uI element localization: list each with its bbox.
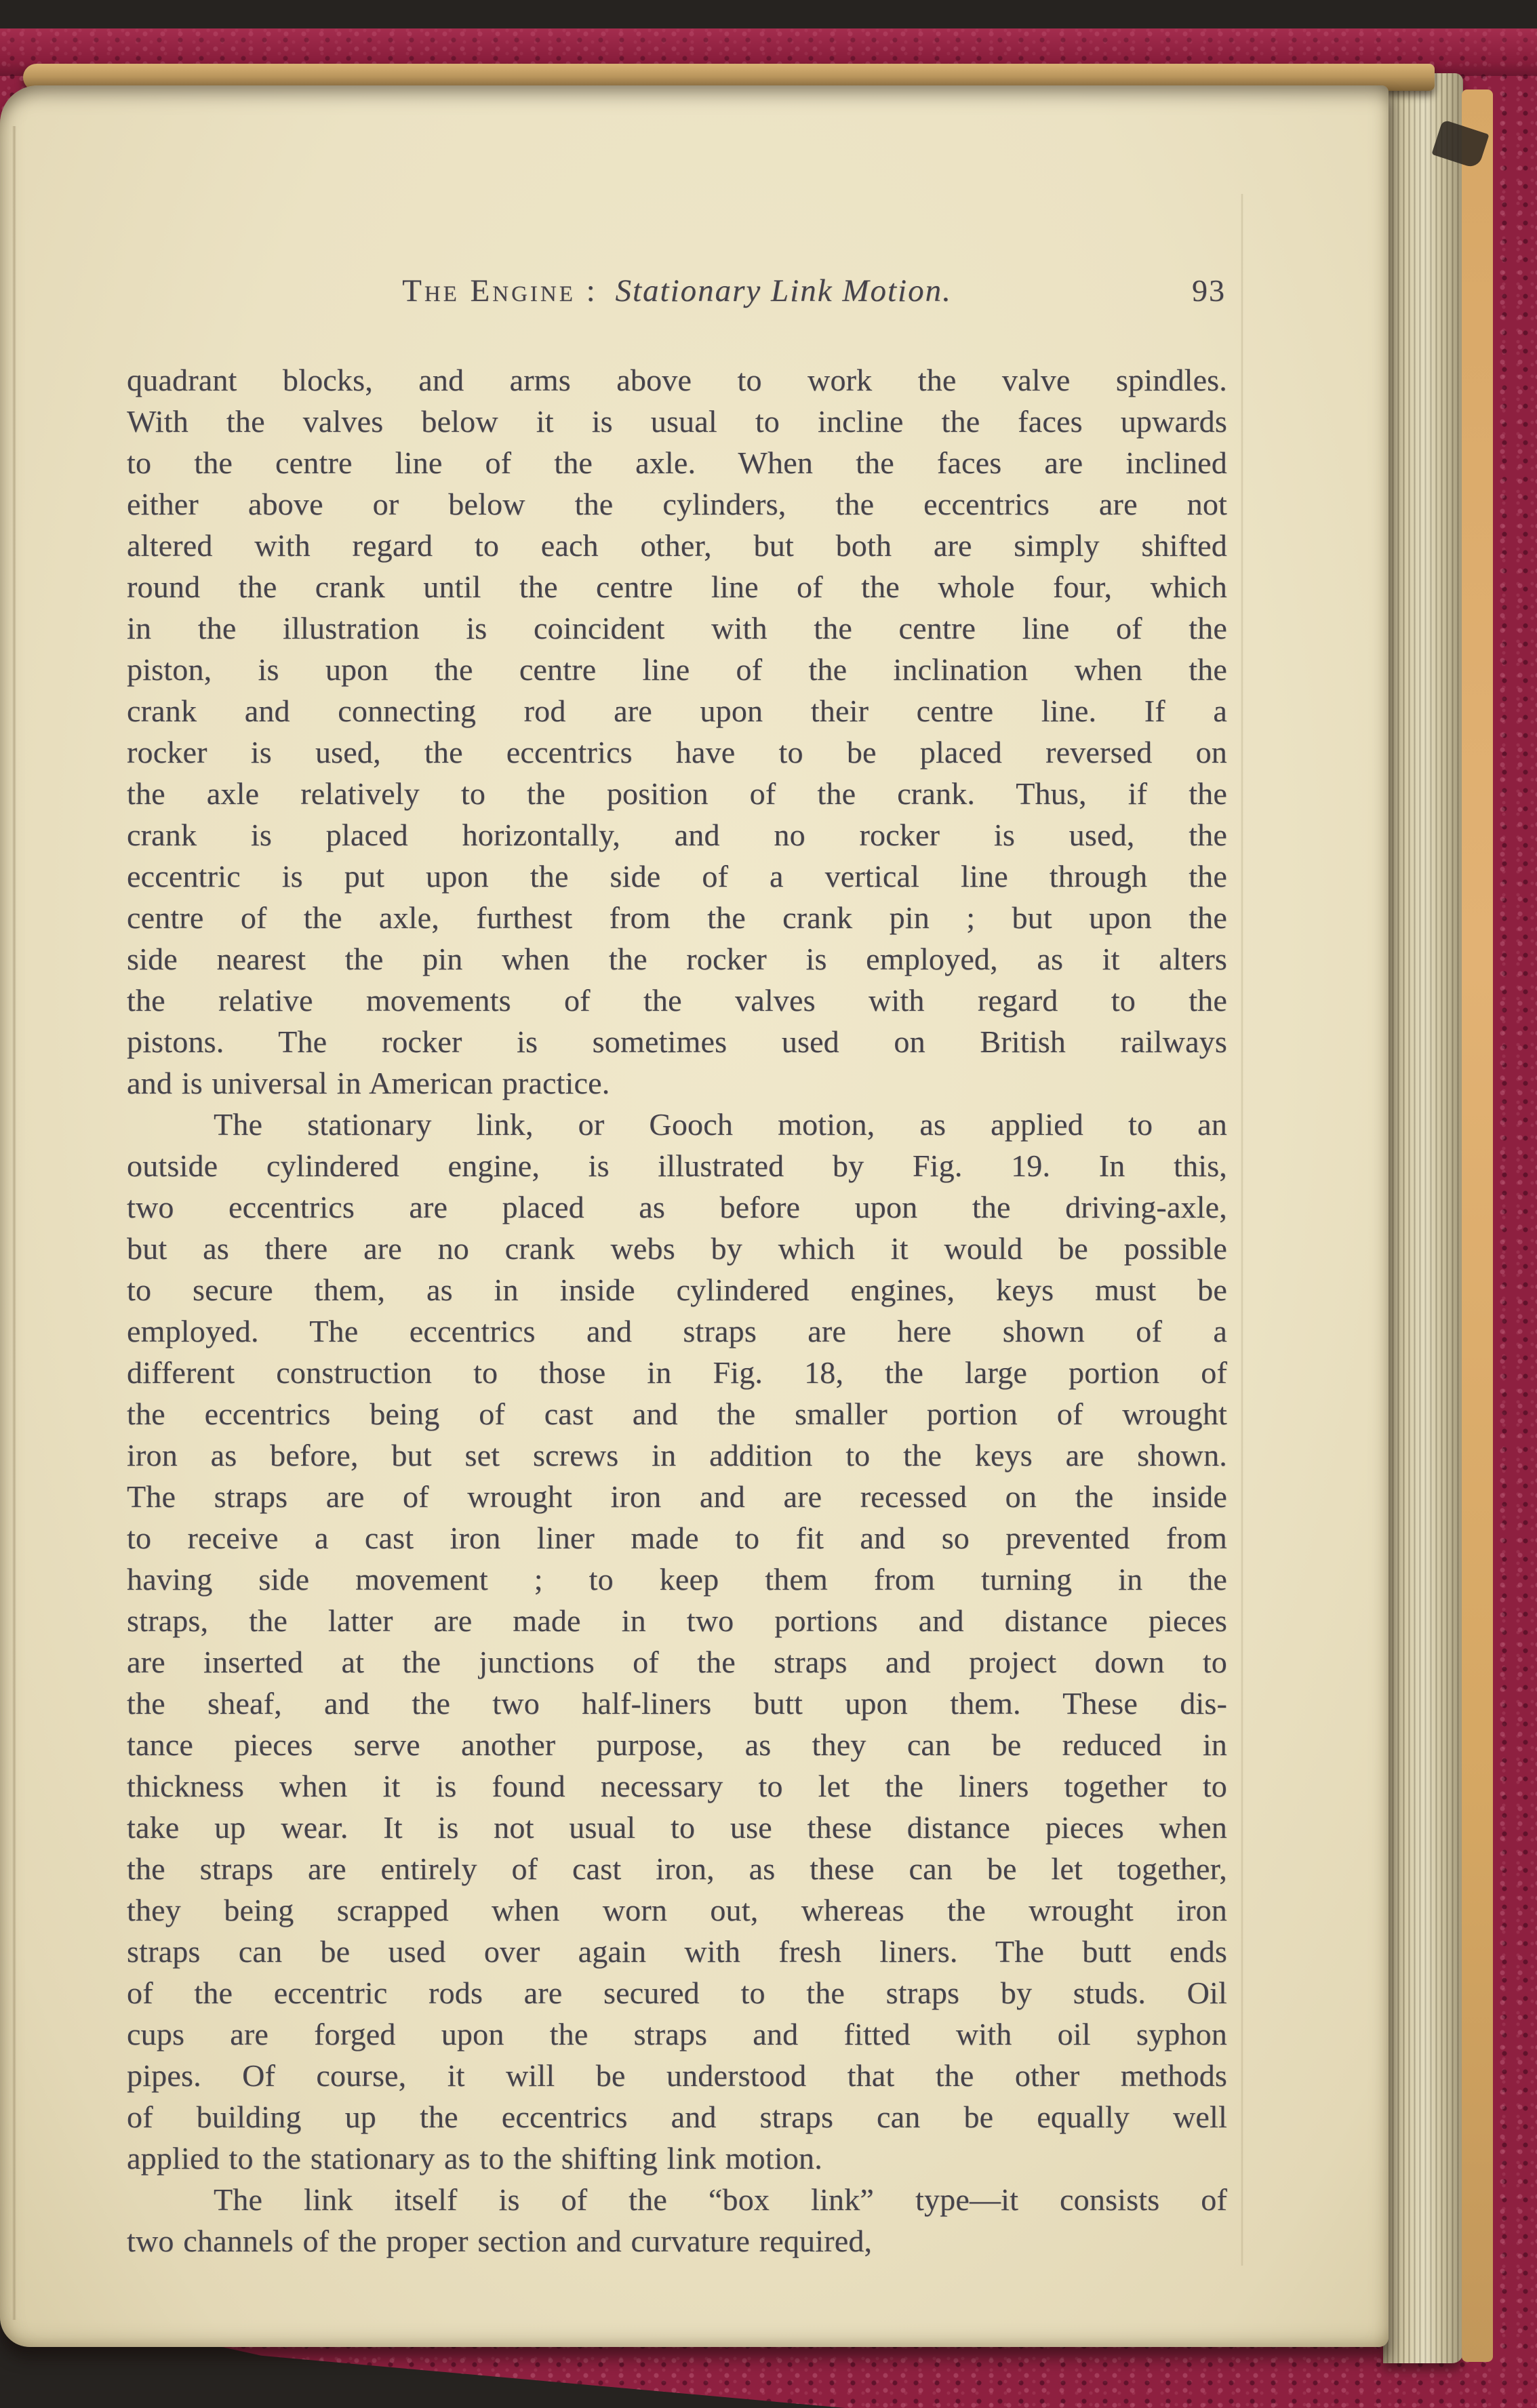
text-line: With the valves below it is usual to inc… [127, 401, 1227, 442]
text-line: outside cylindered engine, is illustrate… [127, 1145, 1227, 1186]
text-line: centre of the axle, furthest from the cr… [127, 897, 1227, 938]
text-line: altered with regard to each other, but b… [127, 525, 1227, 566]
text-line: different construction to those in Fig. … [127, 1352, 1227, 1393]
text-line: to the centre line of the axle. When the… [127, 442, 1227, 483]
text-line: cups are forged upon the straps and fitt… [127, 2013, 1227, 2055]
text-line: but as there are no crank webs by which … [127, 1228, 1227, 1269]
text-line: iron as before, but set screws in additi… [127, 1434, 1227, 1476]
text-line: having side movement ; to keep them from… [127, 1559, 1227, 1600]
text-line: The link itself is of the “box link” typ… [127, 2179, 1227, 2220]
header-section-title: The Engine : [402, 273, 598, 308]
text-line: round the crank until the centre line of… [127, 566, 1227, 607]
header-chapter-title: Stationary Link Motion. [615, 273, 951, 308]
text-line: quadrant blocks, and arms above to work … [127, 359, 1227, 401]
text-line: rocker is used, the eccentrics have to b… [127, 731, 1227, 773]
text-line: the relative movements of the valves wit… [127, 980, 1227, 1021]
text-line: tance pieces serve another purpose, as t… [127, 1724, 1227, 1765]
text-line: in the illustration is coincident with t… [127, 607, 1227, 649]
running-header-text: The Engine : Stationary Link Motion. [127, 267, 1227, 315]
text-line: applied to the stationary as to the shif… [127, 2138, 1227, 2179]
text-line: they being scrapped when worn out, where… [127, 1889, 1227, 1931]
text-line: the straps are entirely of cast iron, as… [127, 1848, 1227, 1889]
text-line: take up wear. It is not usual to use the… [127, 1807, 1227, 1848]
text-line: piston, is upon the centre line of the i… [127, 649, 1227, 690]
text-line: two eccentrics are placed as before upon… [127, 1186, 1227, 1228]
text-line: side nearest the pin when the rocker is … [127, 938, 1227, 980]
text-line: crank and connecting rod are upon their … [127, 690, 1227, 731]
text-line: The stationary link, or Gooch motion, as… [127, 1104, 1227, 1145]
running-header: The Engine : Stationary Link Motion. 93 [127, 267, 1227, 315]
text-line: straps can be used over again with fresh… [127, 1931, 1227, 1972]
text-line: thickness when it is found necessary to … [127, 1765, 1227, 1807]
book-page: The Engine : Stationary Link Motion. 93 … [0, 85, 1389, 2347]
body-text: quadrant blocks, and arms above to work … [127, 359, 1227, 2262]
text-line: of building up the eccentrics and straps… [127, 2096, 1227, 2138]
scanned-book-photo: The Engine : Stationary Link Motion. 93 … [0, 0, 1537, 2408]
text-line: two channels of the proper section and c… [127, 2220, 1227, 2262]
text-line: the sheaf, and the two half-liners butt … [127, 1683, 1227, 1724]
text-line: crank is placed horizontally, and no roc… [127, 814, 1227, 856]
text-line: pistons. The rocker is sometimes used on… [127, 1021, 1227, 1062]
text-line: the eccentrics being of cast and the sma… [127, 1393, 1227, 1434]
text-line: eccentric is put upon the side of a vert… [127, 856, 1227, 897]
text-line: to secure them, as in inside cylindered … [127, 1269, 1227, 1310]
text-line: The straps are of wrought iron and are r… [127, 1476, 1227, 1517]
page-stack-fore-edge [1383, 73, 1463, 2363]
text-line: are inserted at the junctions of the str… [127, 1641, 1227, 1683]
text-line: the axle relatively to the position of t… [127, 773, 1227, 814]
text-line: straps, the latter are made in two porti… [127, 1600, 1227, 1641]
text-line: pipes. Of course, it will be understood … [127, 2055, 1227, 2096]
text-line: either above or below the cylinders, the… [127, 483, 1227, 525]
page-stack-edge-strip [1462, 89, 1493, 2362]
text-line: and is universal in American practice. [127, 1062, 1227, 1104]
text-line: to receive a cast iron liner made to fit… [127, 1517, 1227, 1559]
text-line: employed. The eccentrics and straps are … [127, 1310, 1227, 1352]
text-line: of the eccentric rods are secured to the… [127, 1972, 1227, 2013]
page-number: 93 [1192, 267, 1226, 315]
